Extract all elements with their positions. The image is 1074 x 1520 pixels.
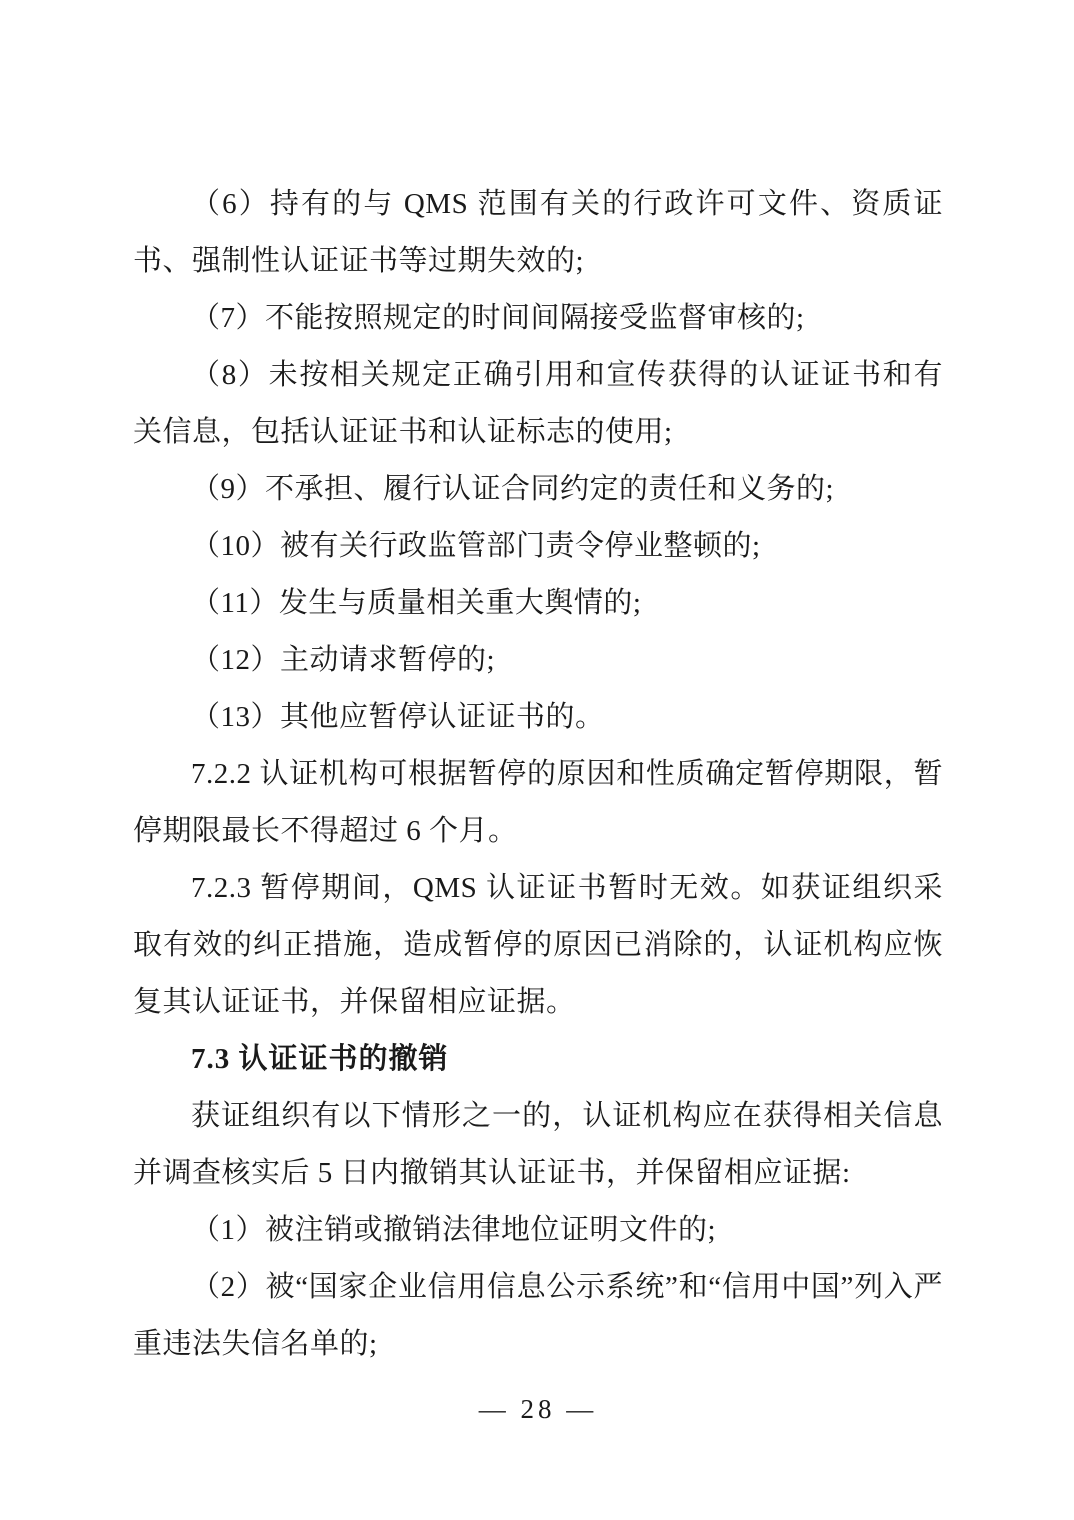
paragraph: （7）不能按照规定的时间间隔接受监督审核的; [133,290,943,347]
paragraph: （10）被有关行政监管部门责令停业整顿的; [133,518,943,575]
paragraph: 获证组织有以下情形之一的，认证机构应在获得相关信息并调查核实后 5 日内撤销其认… [133,1088,943,1202]
paragraph: （11）发生与质量相关重大舆情的; [133,575,943,632]
paragraph: （13）其他应暂停认证证书的。 [133,689,943,746]
paragraph: （1）被注销或撤销法律地位证明文件的; [133,1202,943,1259]
paragraph: 7.2.2 认证机构可根据暂停的原因和性质确定暂停期限，暂停期限最长不得超过 6… [133,746,943,860]
page-number: — 28 — [133,1394,943,1425]
paragraph: （2）被“国家企业信用信息公示系统”和“信用中国”列入严重违法失信名单的; [133,1259,943,1373]
document-body: （6）持有的与 QMS 范围有关的行政许可文件、资质证书、强制性认证证书等过期失… [133,176,943,1373]
paragraph: （6）持有的与 QMS 范围有关的行政许可文件、资质证书、强制性认证证书等过期失… [133,176,943,290]
paragraph: （9）不承担、履行认证合同约定的责任和义务的; [133,461,943,518]
document-page: （6）持有的与 QMS 范围有关的行政许可文件、资质证书、强制性认证证书等过期失… [0,0,1074,1520]
paragraph: （12）主动请求暂停的; [133,632,943,689]
paragraph: （8）未按相关规定正确引用和宣传获得的认证证书和有关信息，包括认证证书和认证标志… [133,347,943,461]
paragraph: 7.2.3 暂停期间，QMS 认证证书暂时无效。如获证组织采取有效的纠正措施，造… [133,860,943,1031]
section-heading: 7.3 认证证书的撤销 [133,1031,943,1088]
